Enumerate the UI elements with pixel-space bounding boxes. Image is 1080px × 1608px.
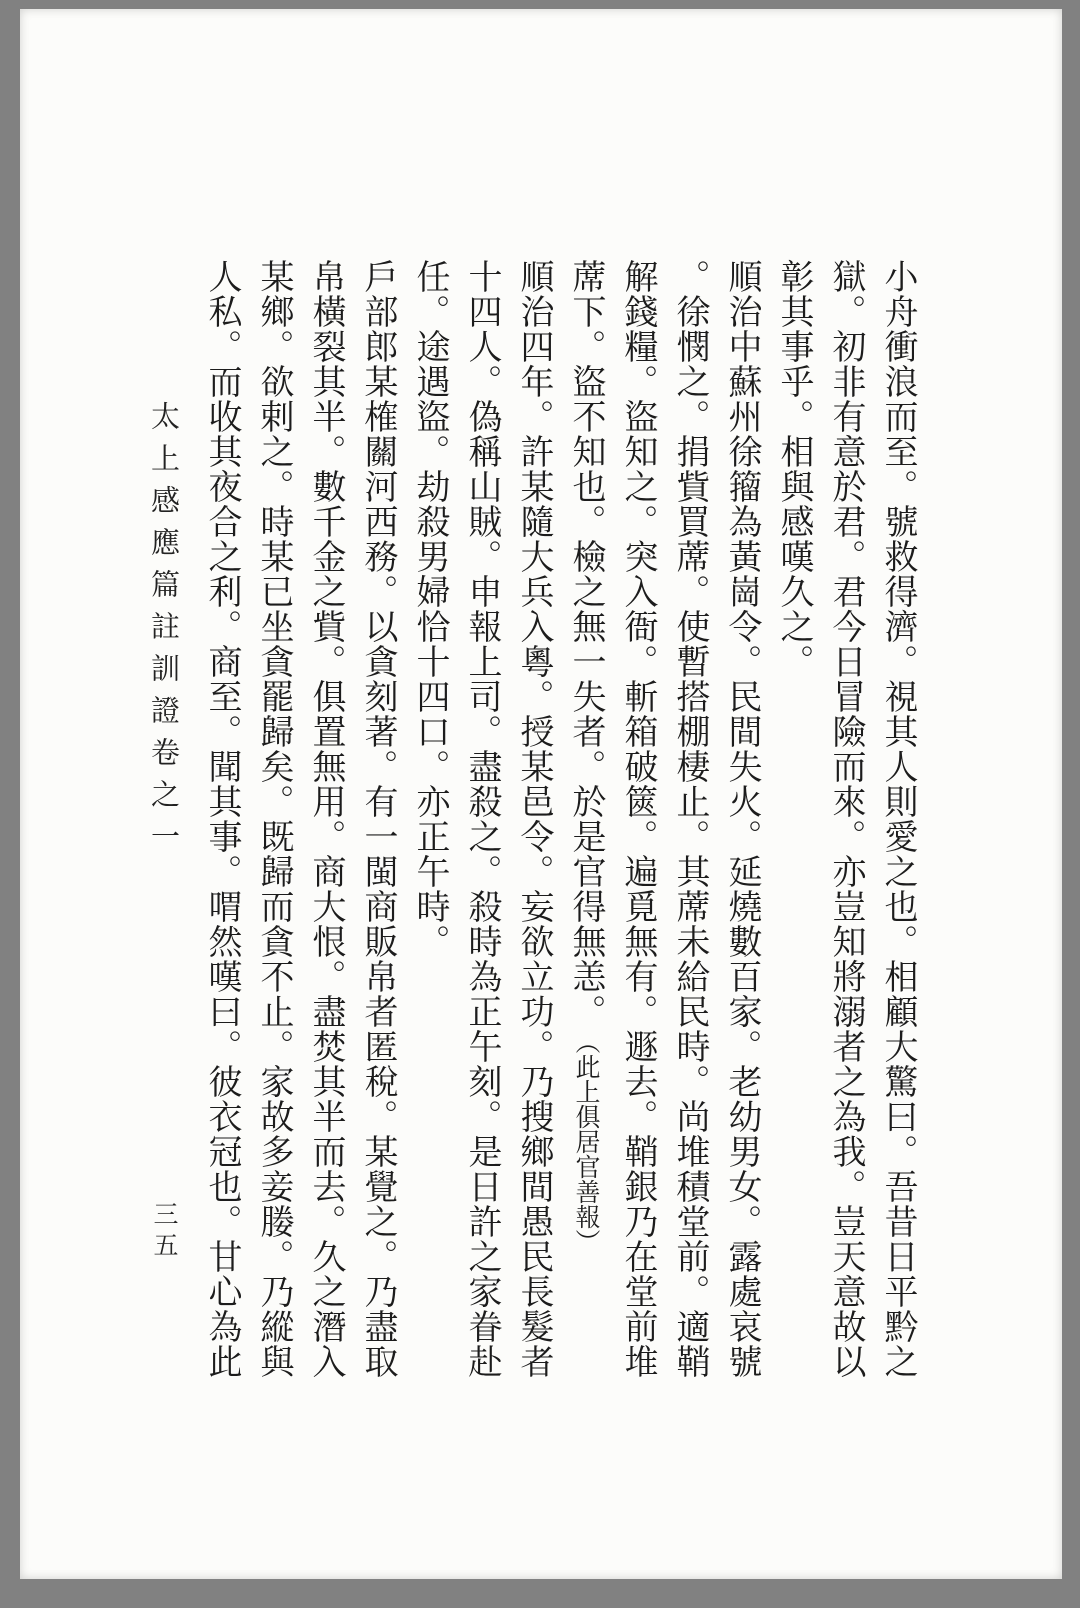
text-column-4: 順治中蘇州徐籀為黃崗令。民間失火。延燒數百家。老幼男女。露處哀號 xyxy=(716,259,768,1399)
text-column-12: 帛橫裂其半。數千金之貲。俱置無用。商大恨。盡焚其半而去。久之潛入 xyxy=(300,259,352,1399)
main-text-block: 小舟衝浪而至。號救得濟。視其人則愛之也。相顧大驚曰。吾昔日平黔之 獄。初非有意於… xyxy=(196,259,924,1399)
book-title: 太上感應篇註訓證卷之一 xyxy=(144,401,185,863)
text-column-11: 戶部郎某榷關河西務。以貪刻著。有一閩商販帛者匿稅。某覺之。乃盡取 xyxy=(352,259,404,1399)
text-column-2: 獄。初非有意於君。君今日冒險而來。亦豈知將溺者之為我。豈天意故以 xyxy=(820,259,872,1399)
book-page: 小舟衝浪而至。號救得濟。視其人則愛之也。相顧大驚曰。吾昔日平黔之 獄。初非有意於… xyxy=(20,9,1062,1579)
text-column-7: 蓆下。盜不知也。檢之無一失者。於是官得無恙。︵此上俱居官善報︶ xyxy=(560,259,612,1399)
text-column-8: 順治四年。許某隨大兵入粵。授某邑令。妄欲立功。乃搜鄉間愚民長髮者 xyxy=(508,259,560,1399)
text-column-13: 某鄉。欲剌之。時某已坐貪罷歸矣。既歸而貪不止。家故多妾媵。乃縱與 xyxy=(248,259,300,1399)
text-column-14: 人私。而收其夜合之利。商至。聞其事。喟然嘆曰。彼衣冠也。甘心為此 xyxy=(196,259,248,1399)
page-number: 三五 xyxy=(146,1201,182,1263)
text-column-10: 任。途遇盜。劫殺男婦恰十四口。亦正午時。 xyxy=(404,259,456,1399)
text-column-1: 小舟衝浪而至。號救得濟。視其人則愛之也。相顧大驚曰。吾昔日平黔之 xyxy=(872,259,924,1399)
text-column-3: 彰其事乎。相與感嘆久之。 xyxy=(768,259,820,1399)
text-column-7-main: 蓆下。盜不知也。檢之無一失者。於是官得無恙。 xyxy=(566,259,606,1029)
inline-annotation: ︵此上俱居官善報︶ xyxy=(572,1029,601,1254)
text-column-6: 解錢糧。盜知之。突入衙。斬箱破篋。遍覓無有。遯去。鞘銀乃在堂前堆 xyxy=(612,259,664,1399)
text-column-5: 。徐憫之。捐貲買蓆。使暫搭棚棲止。其蓆未給民時。尚堆積堂前。適鞘 xyxy=(664,259,716,1399)
text-column-9: 十四人。偽稱山賊。申報上司。盡殺之。殺時為正午刻。是日許之家眷赴 xyxy=(456,259,508,1399)
